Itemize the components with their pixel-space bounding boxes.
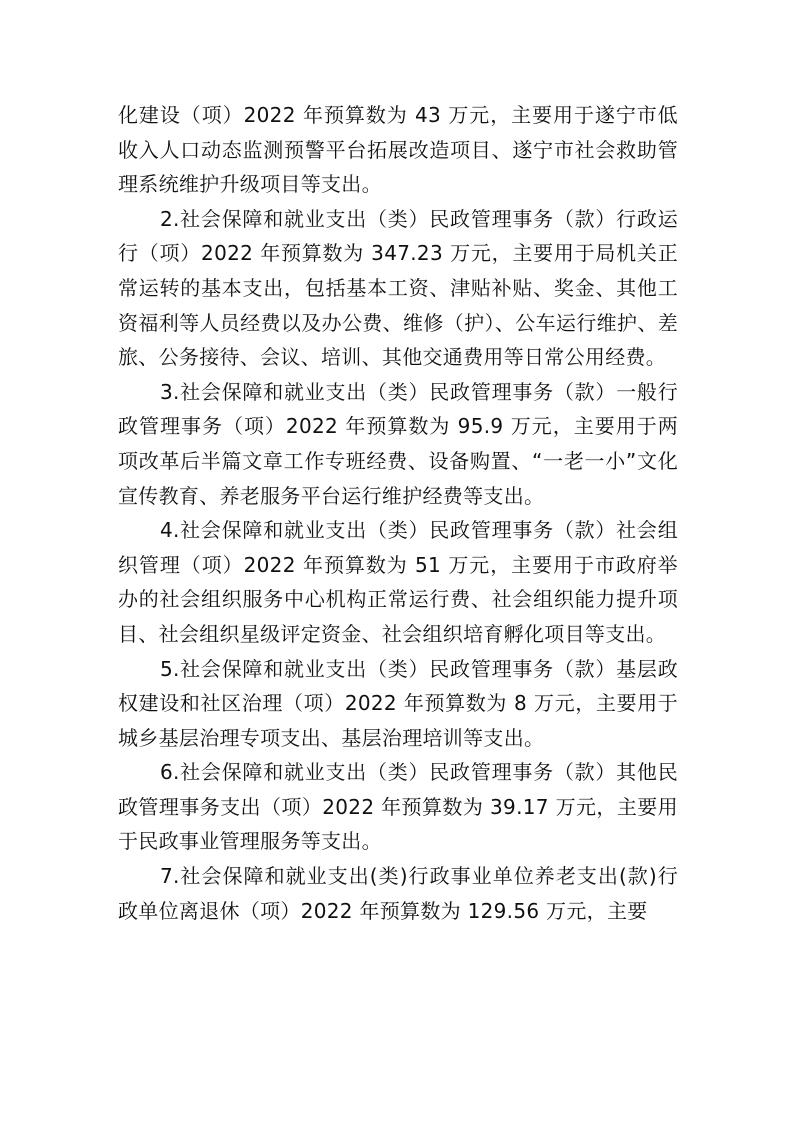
document-page: 化建设（项）2022 年预算数为 43 万元，主要用于遂宁市低收入人口动态监测预… [118, 98, 678, 928]
paragraph-item-4-social-organization: 4.社会保障和就业支出（类）民政管理事务（款）社会组织管理（项）2022 年预算… [118, 513, 678, 651]
paragraph-item-6-other-civil-affairs: 6.社会保障和就业支出（类）民政管理事务（款）其他民政管理事务支出（项）2022… [118, 755, 678, 859]
paragraph-item-3-general-administration: 3.社会保障和就业支出（类）民政管理事务（款）一般行政管理事务（项）2022 年… [118, 375, 678, 513]
paragraph-item-7-retirement: 7.社会保障和就业支出(类)行政事业单位养老支出(款)行政单位离退休（项）202… [118, 859, 678, 928]
paragraph-continuation-item-1: 化建设（项）2022 年预算数为 43 万元，主要用于遂宁市低收入人口动态监测预… [118, 98, 678, 202]
paragraph-item-5-grassroots-governance: 5.社会保障和就业支出（类）民政管理事务（款）基层政权建设和社区治理（项）202… [118, 652, 678, 756]
paragraph-item-2-administrative-operation: 2.社会保障和就业支出（类）民政管理事务（款）行政运行（项）2022 年预算数为… [118, 202, 678, 375]
